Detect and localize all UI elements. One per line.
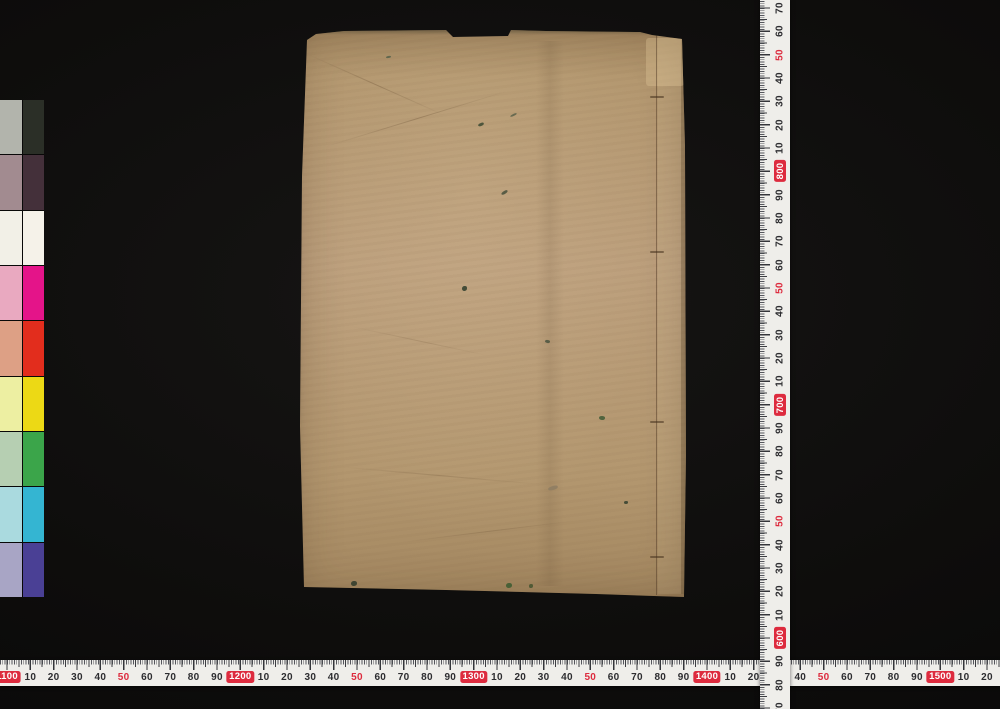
ruler-label: 30 [304, 672, 316, 683]
ruler-label: 10 [775, 375, 786, 387]
ruler-label: 40 [775, 305, 786, 317]
ruler-label: 60 [841, 672, 853, 683]
color-chip [0, 155, 22, 209]
crease-line [326, 90, 508, 147]
ruler-label: 80 [654, 672, 666, 683]
ruler-label: 20 [981, 672, 993, 683]
color-chip [23, 377, 45, 431]
ruler-label: 1500 [927, 671, 954, 683]
ruler-label: 40 [94, 672, 106, 683]
ruler-label: 50 [818, 672, 830, 683]
ruler-label: 600 [774, 627, 786, 649]
ruler-label: 20 [775, 119, 786, 131]
ruler-label: 60 [374, 672, 386, 683]
ruler-label: 700 [774, 394, 786, 416]
ruler-label: 40 [794, 672, 806, 683]
corner-patch [646, 38, 684, 86]
ruler-label: 90 [444, 672, 456, 683]
ruler-label: 40 [775, 539, 786, 551]
color-chip [23, 266, 45, 320]
ruler-label: 70 [775, 2, 786, 14]
cover-speck [548, 485, 559, 491]
color-chip [0, 377, 22, 431]
ruler-label: 40 [561, 672, 573, 683]
color-calibration-chart [0, 100, 44, 597]
ruler-label: 20 [775, 585, 786, 597]
color-chip [0, 266, 22, 320]
ruler-label: 800 [774, 160, 786, 182]
ruler-label: 10 [724, 672, 736, 683]
photo-stage: 1100102030405060708090120010203040506070… [0, 0, 1000, 709]
ruler-label: 50 [775, 282, 786, 294]
cover-speck [478, 122, 485, 127]
ruler-label: 70 [398, 672, 410, 683]
ruler-label: 50 [775, 49, 786, 61]
ruler-label: 10 [775, 609, 786, 621]
ruler-label: 60 [141, 672, 153, 683]
ruler-label: 50 [351, 672, 363, 683]
crease-line [406, 520, 575, 542]
ruler-label: 90 [211, 672, 223, 683]
ruler-label: 10 [775, 142, 786, 154]
ruler-label: 30 [538, 672, 550, 683]
stitch-mark [650, 421, 664, 423]
ruler-label: 70 [775, 235, 786, 247]
color-chip [0, 211, 22, 265]
cover-speck [506, 583, 512, 588]
ruler-label: 40 [775, 72, 786, 84]
ruler-label: 60 [775, 492, 786, 504]
color-chip [0, 100, 22, 154]
ruler-label: 80 [888, 672, 900, 683]
cover-speck [462, 286, 467, 291]
ruler-label: 20 [514, 672, 526, 683]
ruler-label: 1400 [693, 671, 720, 683]
ruler-label: 70 [164, 672, 176, 683]
cover-speck [351, 581, 357, 586]
ruler-label: 90 [911, 672, 923, 683]
ruler-label: 60 [608, 672, 620, 683]
ruler-label: 1300 [460, 671, 487, 683]
ruler-label: 90 [775, 655, 786, 667]
ruler-label: 40 [328, 672, 340, 683]
ruler-label: 10 [491, 672, 503, 683]
ruler-label: 30 [775, 95, 786, 107]
ruler-label: 70 [864, 672, 876, 683]
ruler-label: 80 [421, 672, 433, 683]
color-chip [23, 432, 45, 486]
ruler-label: 70 [775, 469, 786, 481]
stitch-mark [650, 556, 664, 558]
color-chip [0, 432, 22, 486]
cover-speck [510, 113, 517, 118]
ruler-label: 50 [775, 515, 786, 527]
ruler-label: 30 [775, 562, 786, 574]
ruler-label: 70 [631, 672, 643, 683]
book-cover [296, 26, 688, 601]
crease-line [336, 466, 545, 485]
horizontal-ruler: 1100102030405060708090120010203040506070… [0, 660, 1000, 686]
cover-speck [624, 501, 628, 504]
color-chip [23, 487, 45, 541]
crease-line [308, 54, 445, 116]
color-chip [0, 543, 22, 597]
color-chip [23, 100, 45, 154]
vertical-ruler: 7060504030201080090807060504030201070090… [760, 0, 790, 709]
color-chip [0, 487, 22, 541]
page-edge [681, 36, 686, 594]
ruler-label: 10 [258, 672, 270, 683]
cover-speck [501, 189, 509, 195]
ruler-label: 90 [678, 672, 690, 683]
ruler-label: 30 [71, 672, 83, 683]
ruler-label: 20 [748, 672, 760, 683]
color-chip [23, 543, 45, 597]
crease-shade-band [536, 41, 564, 586]
ruler-label: 20 [48, 672, 60, 683]
ruler-label: 80 [775, 679, 786, 691]
color-chip [0, 321, 22, 375]
ruler-label: 60 [775, 259, 786, 271]
cover-speck [386, 56, 391, 59]
ruler-label: 80 [775, 445, 786, 457]
cover-speck [529, 584, 533, 588]
ruler-label: 1100 [0, 671, 20, 683]
color-chip [23, 155, 45, 209]
ruler-label: 70 [775, 702, 786, 709]
ruler-label: 80 [775, 212, 786, 224]
cover-speck [545, 339, 551, 343]
ruler-label: 20 [281, 672, 293, 683]
ruler-label: 1200 [227, 671, 254, 683]
stitch-mark [650, 251, 664, 253]
ruler-label: 30 [775, 329, 786, 341]
color-chip [23, 211, 45, 265]
ruler-label: 20 [775, 352, 786, 364]
cover-speck [599, 416, 606, 421]
color-chip [23, 321, 45, 375]
ruler-label: 80 [188, 672, 200, 683]
crease-line [351, 326, 488, 356]
ruler-label: 60 [775, 25, 786, 37]
ruler-label: 50 [584, 672, 596, 683]
ruler-label: 50 [118, 672, 130, 683]
ruler-label: 10 [24, 672, 36, 683]
spine-fold-line [656, 33, 657, 595]
ruler-label: 10 [958, 672, 970, 683]
ruler-label: 90 [775, 189, 786, 201]
ruler-label: 90 [775, 422, 786, 434]
stitch-mark [650, 96, 664, 98]
